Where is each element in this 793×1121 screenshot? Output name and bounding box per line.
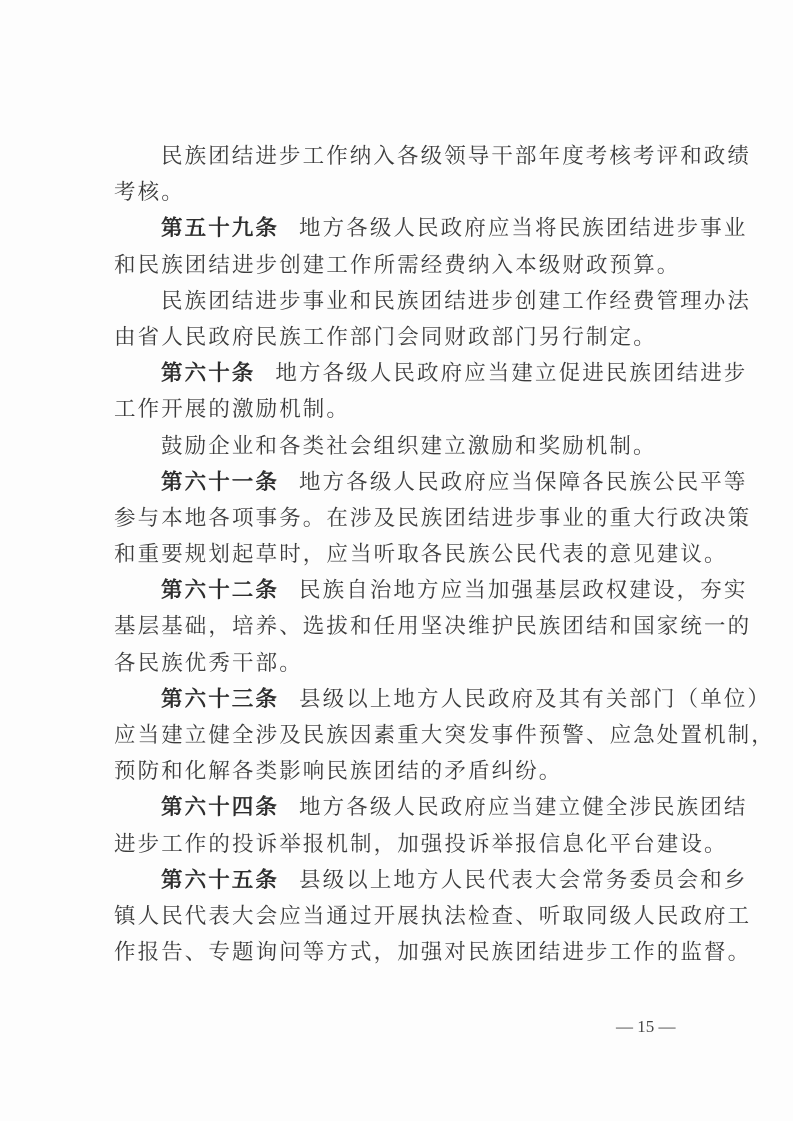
line-text: 由省人民政府民族工作部门会同财政部门另行制定。: [114, 325, 657, 350]
line-text: 县级以上地方人民代表大会常务委员会和乡: [299, 868, 747, 893]
line-text: 民族自治地方应当加强基层政权建设，夯实: [299, 578, 747, 603]
text-line: 第六十三条县级以上地方人民政府及其有关部门（单位）: [114, 682, 694, 718]
line-text: 县级以上地方人民政府及其有关部门（单位）: [299, 687, 771, 712]
text-line: 进步工作的投诉举报机制，加强投诉举报信息化平台建设。: [114, 827, 694, 863]
line-text: 和重要规划起草时，应当听取各民族公民代表的意见建议。: [114, 542, 728, 567]
article-number: 第六十三条: [161, 687, 279, 712]
text-line: 第五十九条地方各级人民政府应当将民族团结进步事业: [114, 211, 694, 247]
text-line: 民族团结进步事业和民族团结进步创建工作经费管理办法: [114, 284, 694, 320]
line-text: 工作开展的激励机制。: [114, 397, 350, 422]
text-line: 各民族优秀干部。: [114, 646, 694, 682]
line-text: 地方各级人民政府应当建立健全涉民族团结: [299, 795, 747, 820]
text-line: 参与本地各项事务。在涉及民族团结进步事业的重大行政决策: [114, 501, 694, 537]
text-line: 第六十五条县级以上地方人民代表大会常务委员会和乡: [114, 863, 694, 899]
line-text: 进步工作的投诉举报机制，加强投诉举报信息化平台建设。: [114, 832, 728, 857]
text-line: 第六十条地方各级人民政府应当建立促进民族团结进步: [114, 356, 694, 392]
line-text: 民族团结进步事业和民族团结进步创建工作经费管理办法: [161, 289, 751, 314]
page-number: — 15 —: [616, 1017, 676, 1037]
line-text: 民族团结进步工作纳入各级领导干部年度考核考评和政绩: [161, 144, 751, 169]
text-line: 第六十一条地方各级人民政府应当保障各民族公民平等: [114, 465, 694, 501]
article-number: 第六十五条: [161, 868, 279, 893]
article-number: 第六十二条: [161, 578, 279, 603]
text-line: 由省人民政府民族工作部门会同财政部门另行制定。: [114, 320, 694, 356]
text-line: 第六十四条地方各级人民政府应当建立健全涉民族团结: [114, 790, 694, 826]
text-line: 作报告、专题询问等方式，加强对民族团结进步工作的监督。: [114, 935, 694, 971]
line-text: 预防和化解各类影响民族团结的矛盾纠纷。: [114, 759, 562, 784]
line-text: 考核。: [114, 180, 185, 205]
line-text: 各民族优秀干部。: [114, 651, 303, 676]
text-line: 预防和化解各类影响民族团结的矛盾纠纷。: [114, 754, 694, 790]
line-text: 地方各级人民政府应当建立促进民族团结进步: [275, 361, 747, 386]
text-line: 工作开展的激励机制。: [114, 392, 694, 428]
text-line: 第六十二条民族自治地方应当加强基层政权建设，夯实: [114, 573, 694, 609]
text-line: 和重要规划起草时，应当听取各民族公民代表的意见建议。: [114, 537, 694, 573]
line-text: 镇人民代表大会应当通过开展执法检查、听取同级人民政府工: [114, 904, 751, 929]
line-text: 地方各级人民政府应当保障各民族公民平等: [299, 470, 747, 495]
article-number: 第六十条: [161, 361, 255, 386]
text-line: 和民族团结进步创建工作所需经费纳入本级财政预算。: [114, 248, 694, 284]
body-text: 民族团结进步工作纳入各级领导干部年度考核考评和政绩 考核。 第五十九条地方各级人…: [114, 139, 694, 971]
line-text: 地方各级人民政府应当将民族团结进步事业: [299, 216, 747, 241]
line-text: 作报告、专题询问等方式，加强对民族团结进步工作的监督。: [114, 940, 751, 965]
text-line: 考核。: [114, 175, 694, 211]
article-number: 第六十四条: [161, 795, 279, 820]
line-text: 参与本地各项事务。在涉及民族团结进步事业的重大行政决策: [114, 506, 751, 531]
text-line: 民族团结进步工作纳入各级领导干部年度考核考评和政绩: [114, 139, 694, 175]
line-text: 鼓励企业和各类社会组织建立激励和奖励机制。: [161, 434, 657, 459]
article-number: 第五十九条: [161, 216, 279, 241]
article-number: 第六十一条: [161, 470, 279, 495]
line-text: 基层基础，培养、选拔和任用坚决维护民族团结和国家统一的: [114, 614, 751, 639]
line-text: 和民族团结进步创建工作所需经费纳入本级财政预算。: [114, 253, 680, 278]
text-line: 镇人民代表大会应当通过开展执法检查、听取同级人民政府工: [114, 899, 694, 935]
text-line: 应当建立健全涉及民族因素重大突发事件预警、应急处置机制，: [114, 718, 694, 754]
text-line: 鼓励企业和各类社会组织建立激励和奖励机制。: [114, 429, 694, 465]
line-text: 应当建立健全涉及民族因素重大突发事件预警、应急处置机制，: [114, 723, 775, 748]
text-line: 基层基础，培养、选拔和任用坚决维护民族团结和国家统一的: [114, 609, 694, 645]
document-page: 民族团结进步工作纳入各级领导干部年度考核考评和政绩 考核。 第五十九条地方各级人…: [0, 0, 793, 1121]
